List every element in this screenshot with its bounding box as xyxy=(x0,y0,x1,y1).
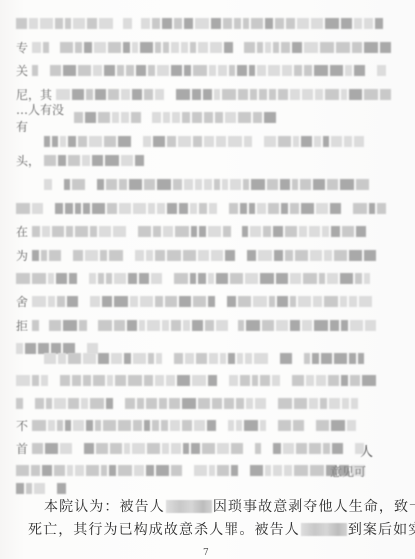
redaction-block xyxy=(72,89,84,100)
redaction-block xyxy=(198,273,206,284)
redaction-block xyxy=(86,89,93,100)
redaction-block xyxy=(85,250,98,261)
redaction-block xyxy=(106,398,113,409)
redaction-block xyxy=(123,18,132,29)
partial-visible-text: 关 xyxy=(16,62,28,79)
redaction-block xyxy=(148,353,154,364)
redaction-block xyxy=(55,203,63,214)
redaction-block xyxy=(93,65,102,76)
redaction-block xyxy=(314,320,328,331)
redaction-block xyxy=(262,320,274,331)
redaction-block xyxy=(151,273,162,284)
redaction-block xyxy=(375,18,383,29)
partial-visible-text: …人有没有 xyxy=(16,101,70,135)
redaction-block xyxy=(208,273,214,284)
redaction-block xyxy=(250,226,261,237)
redaction-block xyxy=(322,226,329,237)
redaction-block xyxy=(147,320,160,331)
redaction-block xyxy=(330,203,341,214)
partial-visible-text: 意见可 xyxy=(330,463,366,480)
redacted-line xyxy=(44,352,374,365)
redaction-block xyxy=(144,375,153,386)
redaction-block xyxy=(184,18,193,29)
redaction-block xyxy=(310,250,322,261)
redaction-block xyxy=(86,420,93,431)
redaction-block xyxy=(182,398,196,409)
redaction-block xyxy=(162,443,169,454)
redaction-block xyxy=(345,65,352,76)
redaction-block xyxy=(214,89,220,100)
redaction-block xyxy=(278,398,292,409)
redaction-block xyxy=(184,179,193,190)
redaction-block xyxy=(58,155,66,166)
redaction-block xyxy=(292,179,298,190)
redaction-block xyxy=(299,226,307,237)
redaction-block xyxy=(268,65,280,76)
redaction-block xyxy=(216,320,228,331)
redacted-defendant-name xyxy=(166,500,212,513)
redaction-block xyxy=(223,18,232,29)
redaction-block xyxy=(274,250,283,261)
redaction-block xyxy=(349,353,356,364)
redaction-block xyxy=(280,353,292,364)
redaction-block xyxy=(349,296,357,307)
redaction-block xyxy=(108,42,121,53)
redaction-block xyxy=(166,375,175,386)
redaction-block xyxy=(282,65,292,76)
redaction-block xyxy=(260,273,274,284)
redaction-block xyxy=(128,375,142,386)
redacted-line xyxy=(16,17,391,30)
redaction-block xyxy=(177,375,190,386)
redaction-block xyxy=(302,89,313,100)
redacted-line xyxy=(16,464,366,477)
redaction-block xyxy=(95,89,106,100)
redaction-block xyxy=(84,42,92,53)
redaction-block xyxy=(364,42,378,53)
redaction-block xyxy=(319,273,325,284)
redaction-block xyxy=(107,203,117,214)
redaction-block xyxy=(72,375,81,386)
redaction-block xyxy=(75,203,81,214)
redaction-block xyxy=(16,465,29,476)
redaction-block xyxy=(67,465,73,476)
redaction-block xyxy=(323,136,329,147)
redaction-block xyxy=(139,320,145,331)
redaction-block xyxy=(109,465,116,476)
redacted-line: 尼，其 xyxy=(16,88,391,101)
redaction-block xyxy=(380,89,391,100)
redaction-block xyxy=(16,483,24,494)
redaction-block xyxy=(309,398,318,409)
redaction-block xyxy=(192,375,206,386)
partial-visible-text: 在 xyxy=(16,223,28,240)
redaction-block xyxy=(111,353,122,364)
redaction-block xyxy=(208,296,215,307)
redaction-block xyxy=(48,296,55,307)
redaction-block xyxy=(207,420,216,431)
redaction-block xyxy=(216,136,226,147)
redaction-block xyxy=(301,136,312,147)
redaction-block xyxy=(286,18,295,29)
redaction-block xyxy=(90,226,97,237)
redaction-block xyxy=(313,296,322,307)
redaction-block xyxy=(78,65,91,76)
redaction-block xyxy=(174,273,188,284)
redaction-block xyxy=(245,353,252,364)
redaction-block xyxy=(334,250,347,261)
redaction-block xyxy=(75,226,88,237)
redaction-block xyxy=(115,375,126,386)
redaction-block xyxy=(31,465,40,476)
redaction-block xyxy=(98,353,109,364)
redaction-block xyxy=(304,353,310,364)
redaction-block xyxy=(315,89,323,100)
redaction-block xyxy=(42,465,52,476)
redaction-block xyxy=(238,320,244,331)
redaction-block xyxy=(211,18,221,29)
redaction-block xyxy=(79,320,87,331)
redaction-block xyxy=(118,420,131,431)
partial-visible-text: 为 xyxy=(16,247,28,264)
redacted-line: 为 xyxy=(16,249,376,262)
redacted-line: 不 xyxy=(16,419,361,432)
redaction-block xyxy=(340,179,354,190)
redaction-block xyxy=(171,443,181,454)
redaction-block xyxy=(309,443,321,454)
redacted-line: 头， xyxy=(16,154,146,167)
redaction-block xyxy=(273,443,281,454)
redaction-block xyxy=(135,155,144,166)
redaction-block xyxy=(57,483,66,494)
redaction-block xyxy=(304,42,318,53)
redacted-line xyxy=(16,397,371,410)
redaction-block xyxy=(314,136,321,147)
redaction-block xyxy=(44,155,56,166)
redaction-block xyxy=(336,42,350,53)
redaction-block xyxy=(300,179,311,190)
redaction-block xyxy=(152,420,159,431)
redaction-block xyxy=(352,42,362,53)
opinion-text-suffix: 因琐事故意剥夺他人生命，致一人 xyxy=(213,499,415,515)
redaction-block xyxy=(264,136,276,147)
redaction-block xyxy=(204,179,212,190)
redaction-block xyxy=(265,465,271,476)
redaction-block xyxy=(301,203,314,214)
redaction-block xyxy=(94,42,106,53)
redaction-block xyxy=(208,226,221,237)
redaction-block xyxy=(108,89,119,100)
redaction-block xyxy=(238,296,251,307)
redaction-block xyxy=(52,136,58,147)
redaction-block xyxy=(183,250,196,261)
redaction-block xyxy=(153,226,161,237)
redaction-block xyxy=(182,420,192,431)
redaction-block xyxy=(306,375,314,386)
redaction-block xyxy=(140,296,153,307)
redaction-block xyxy=(294,65,302,76)
redacted-line: 舍 xyxy=(16,295,376,308)
redaction-block xyxy=(273,42,279,53)
redaction-block xyxy=(65,420,71,431)
redaction-block xyxy=(199,226,206,237)
redacted-line: 专 xyxy=(16,41,391,54)
redaction-block xyxy=(251,18,263,29)
redaction-block xyxy=(247,250,256,261)
redaction-block xyxy=(155,42,161,53)
partial-visible-text: 舍 xyxy=(16,293,28,310)
redacted-line: 首 xyxy=(16,442,366,455)
redaction-block xyxy=(32,375,39,386)
redaction-block xyxy=(41,250,47,261)
redaction-block xyxy=(119,179,127,190)
redaction-block xyxy=(173,179,182,190)
redaction-block xyxy=(68,353,81,364)
redaction-block xyxy=(231,465,238,476)
redaction-block xyxy=(75,42,82,53)
redaction-block xyxy=(183,320,190,331)
redaction-block xyxy=(163,226,173,237)
redaction-block xyxy=(185,353,194,364)
redaction-block xyxy=(90,296,100,307)
redaction-block xyxy=(156,465,169,476)
redaction-block xyxy=(214,179,220,190)
redaction-block xyxy=(171,42,179,53)
redaction-block xyxy=(258,250,272,261)
redaction-block xyxy=(237,353,243,364)
redaction-block xyxy=(278,420,291,431)
partial-visible-text: 首 xyxy=(16,440,28,457)
redaction-block xyxy=(114,273,126,284)
redaction-block xyxy=(225,250,235,261)
redaction-block xyxy=(246,320,260,331)
redaction-block xyxy=(314,65,328,76)
redaction-block xyxy=(329,398,340,409)
redaction-block xyxy=(254,353,268,364)
redacted-line xyxy=(16,374,376,387)
redaction-block xyxy=(365,320,376,331)
redacted-line: 关 xyxy=(16,64,391,77)
redaction-block xyxy=(295,250,308,261)
redaction-block xyxy=(331,420,345,431)
redaction-block xyxy=(253,112,262,123)
redaction-block xyxy=(121,89,130,100)
redaction-block xyxy=(146,398,157,409)
redaction-block xyxy=(156,353,162,364)
redaction-block xyxy=(273,226,283,237)
redaction-block xyxy=(285,250,293,261)
redaction-block xyxy=(90,398,104,409)
redaction-block xyxy=(110,443,122,454)
redaction-block xyxy=(236,398,244,409)
redaction-block xyxy=(277,296,288,307)
redaction-block xyxy=(155,89,164,100)
redaction-block xyxy=(83,203,90,214)
redaction-block xyxy=(123,42,130,53)
redaction-block xyxy=(280,179,290,190)
redaction-block xyxy=(228,420,234,431)
redaction-block xyxy=(246,398,253,409)
redaction-block xyxy=(40,18,53,29)
redaction-block xyxy=(364,273,370,284)
redaction-block xyxy=(359,296,372,307)
redaction-block xyxy=(127,320,137,331)
redaction-block xyxy=(377,203,386,214)
redaction-block xyxy=(45,443,58,454)
redaction-block xyxy=(196,353,207,364)
redaction-block xyxy=(311,18,323,29)
redaction-block xyxy=(183,443,189,454)
redaction-block xyxy=(132,42,138,53)
redaction-block xyxy=(92,155,103,166)
redaction-block xyxy=(362,375,376,386)
redaction-block xyxy=(199,203,207,214)
redaction-block xyxy=(253,296,267,307)
redaction-block xyxy=(355,273,362,284)
redaction-block xyxy=(209,465,215,476)
redaction-block xyxy=(16,343,23,354)
redacted-defendant-name xyxy=(301,523,347,536)
redaction-block xyxy=(169,398,180,409)
redaction-block xyxy=(63,320,77,331)
redaction-block xyxy=(229,375,238,386)
redaction-block xyxy=(157,179,171,190)
redaction-block xyxy=(118,136,131,147)
redaction-block xyxy=(143,136,151,147)
redaction-block xyxy=(44,179,52,190)
redaction-block xyxy=(325,18,339,29)
redaction-block xyxy=(171,465,182,476)
redaction-block xyxy=(133,420,142,431)
redaction-block xyxy=(32,226,40,237)
redaction-block xyxy=(240,375,250,386)
redaction-block xyxy=(252,375,258,386)
redaction-block xyxy=(52,226,64,237)
redaction-block xyxy=(73,18,85,29)
redaction-block xyxy=(178,136,191,147)
redaction-block xyxy=(176,89,190,100)
redaction-block xyxy=(354,18,362,29)
redaction-block xyxy=(131,112,141,123)
court-opinion-line-2: 死亡，其行为已构成故意杀人罪。被告人到案后如实供述 xyxy=(28,522,415,538)
redaction-block xyxy=(104,136,116,147)
redaction-block xyxy=(216,273,228,284)
redaction-block xyxy=(323,443,330,454)
redaction-block xyxy=(68,136,76,147)
redaction-block xyxy=(126,65,134,76)
redaction-block xyxy=(303,273,317,284)
redaction-block xyxy=(132,443,145,454)
redaction-block xyxy=(48,273,54,284)
redaction-block xyxy=(341,89,347,100)
redaction-block xyxy=(60,375,70,386)
redaction-block xyxy=(65,203,73,214)
redaction-block xyxy=(298,296,311,307)
redaction-block xyxy=(276,320,288,331)
redaction-block xyxy=(163,112,170,123)
redaction-block xyxy=(161,420,168,431)
redaction-block xyxy=(144,89,153,100)
redaction-block xyxy=(269,89,276,100)
redaction-block xyxy=(350,320,363,331)
redaction-block xyxy=(153,136,165,147)
redaction-block xyxy=(302,320,312,331)
redaction-block xyxy=(155,375,164,386)
redaction-block xyxy=(112,112,119,123)
redaction-block xyxy=(34,483,45,494)
redaction-block xyxy=(327,179,338,190)
redaction-block xyxy=(215,112,223,123)
redaction-block xyxy=(283,443,294,454)
redaction-block xyxy=(294,398,307,409)
redaction-block xyxy=(32,203,43,214)
redaction-block xyxy=(85,112,96,123)
redaction-block xyxy=(136,65,146,76)
redaction-block xyxy=(278,136,291,147)
redaction-block xyxy=(16,273,30,284)
redaction-block xyxy=(64,179,70,190)
redaction-block xyxy=(290,203,299,214)
redaction-block xyxy=(290,296,296,307)
redaction-block xyxy=(192,89,201,100)
redaction-block xyxy=(257,65,266,76)
redaction-block xyxy=(347,420,356,431)
redaction-block xyxy=(209,203,217,214)
redaction-block xyxy=(121,155,133,166)
redaction-block xyxy=(99,18,113,29)
redaction-block xyxy=(56,273,67,284)
redaction-block xyxy=(228,136,242,147)
redaction-block xyxy=(242,226,248,237)
redaction-block xyxy=(44,353,56,364)
redaction-block xyxy=(144,179,155,190)
redaction-block xyxy=(105,155,119,166)
redaction-block xyxy=(369,203,375,214)
redaction-block xyxy=(250,89,257,100)
redaction-block xyxy=(273,465,282,476)
redaction-block xyxy=(43,42,49,53)
redaction-block xyxy=(255,443,261,454)
redaction-block xyxy=(349,89,362,100)
redaction-block xyxy=(341,320,348,331)
redaction-block xyxy=(285,226,297,237)
redaction-block xyxy=(84,443,94,454)
redaction-block xyxy=(227,296,236,307)
redaction-block xyxy=(237,65,247,76)
redaction-block xyxy=(117,65,124,76)
redaction-block xyxy=(132,89,142,100)
redaction-block xyxy=(249,203,255,214)
redaction-block xyxy=(292,375,304,386)
redaction-block xyxy=(75,465,84,476)
redaction-block xyxy=(191,226,197,237)
redaction-block xyxy=(240,203,247,214)
redaction-block xyxy=(265,18,273,29)
redaction-block xyxy=(244,420,258,431)
redaction-block xyxy=(193,65,207,76)
redaction-block xyxy=(228,353,235,364)
redaction-block xyxy=(224,42,233,53)
opinion-text-prefix: 死亡，其行为已构成故意杀人罪。被告人 xyxy=(28,522,300,538)
redaction-block xyxy=(78,136,87,147)
redaction-block xyxy=(249,65,255,76)
redaction-block xyxy=(356,226,366,237)
redaction-block xyxy=(268,203,279,214)
partial-visible-text: 拒 xyxy=(16,317,28,334)
redaction-block xyxy=(155,250,165,261)
redaction-block xyxy=(316,375,326,386)
redaction-block xyxy=(49,250,61,261)
